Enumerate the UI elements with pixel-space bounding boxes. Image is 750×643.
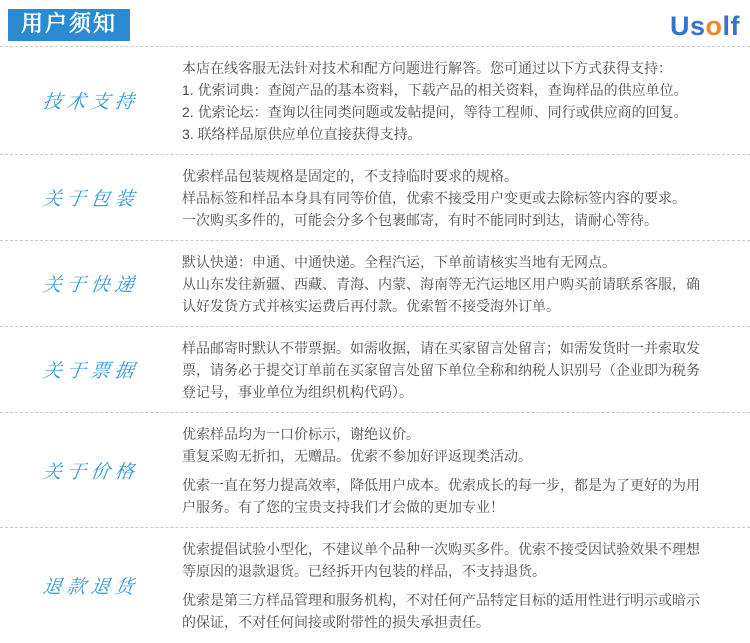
- user-notice-page: 用户须知 Usolf 技术支持 本店在线客服无法针对技术和配方问题进行解答。您可…: [0, 0, 750, 643]
- section-label-col: 关于快递: [0, 241, 182, 326]
- section-title: 关于包装: [41, 184, 141, 211]
- notice-line: 优索样品包装规格是固定的，不支持临时要求的规格。: [182, 165, 702, 187]
- notice-line: 默认快递：申通、中通快递。全程汽运，下单前请核实当地有无网点。: [182, 251, 702, 273]
- section-content: 优索样品均为一口价标示，谢绝议价。 重复采购无折扣，无赠品。优索不参加好评返现类…: [182, 413, 750, 527]
- section-title: 关于快递: [41, 270, 141, 297]
- section-label-col: 技术支持: [0, 47, 182, 154]
- notice-line: 样品邮寄时默认不带票据。如需收据，请在买家留言处留言；如需发货时一并索取发票，请…: [182, 337, 702, 403]
- section-label-col: 关于票据: [0, 327, 182, 412]
- section-label-col: 关于包装: [0, 155, 182, 240]
- section-label-col: 关于价格: [0, 413, 182, 527]
- notice-line: 优索样品均为一口价标示，谢绝议价。: [182, 423, 702, 445]
- page-header: 用户须知 Usolf: [0, 0, 750, 47]
- notice-line: 样品标签和样品本身具有同等价值，优索不接受用户变更或去除标签内容的要求。: [182, 187, 702, 209]
- notice-line: 1. 优索词典：查阅产品的基本资料，下载产品的相关资料，查询样品的供应单位。: [182, 79, 702, 101]
- section-content: 默认快递：申通、中通快递。全程汽运，下单前请核实当地有无网点。 从山东发往新疆、…: [182, 241, 750, 326]
- notice-line: 优索提倡试验小型化，不建议单个品种一次购买多件。优索不接受因试验效果不理想等原因…: [182, 538, 702, 582]
- section-shipping: 关于快递 默认快递：申通、中通快递。全程汽运，下单前请核实当地有无网点。 从山东…: [0, 241, 750, 327]
- notice-line: 优索一直在努力提高效率，降低用户成本。优索成长的每一步，都是为了更好的为用户服务…: [182, 474, 702, 518]
- notice-line: 重复采购无折扣，无赠品。优索不参加好评返现类活动。: [182, 445, 702, 467]
- section-title: 退款退货: [41, 572, 141, 599]
- section-tech-support: 技术支持 本店在线客服无法针对技术和配方问题进行解答。您可通过以下方式获得支持：…: [0, 47, 750, 155]
- section-content: 本店在线客服无法针对技术和配方问题进行解答。您可通过以下方式获得支持： 1. 优…: [182, 47, 750, 154]
- section-label-col: 退款退货: [0, 528, 182, 642]
- logo-text-us: Us: [670, 11, 706, 41]
- section-content: 优索样品包装规格是固定的，不支持临时要求的规格。 样品标签和样品本身具有同等价值…: [182, 155, 750, 240]
- section-content: 优索提倡试验小型化，不建议单个品种一次购买多件。优索不接受因试验效果不理想等原因…: [182, 528, 750, 642]
- brand-logo: Usolf: [670, 13, 740, 40]
- notice-line: 3. 联络样品原供应单位直接获得支持。: [182, 123, 702, 145]
- section-pricing: 关于价格 优索样品均为一口价标示，谢绝议价。 重复采购无折扣，无赠品。优索不参加…: [0, 413, 750, 528]
- section-title: 关于票据: [41, 356, 141, 383]
- section-title: 关于价格: [41, 457, 141, 484]
- notice-line: 2. 优索论坛：查询以往同类问题或发帖提问，等待工程师、同行或供应商的回复。: [182, 101, 702, 123]
- section-invoice: 关于票据 样品邮寄时默认不带票据。如需收据，请在买家留言处留言；如需发货时一并索…: [0, 327, 750, 413]
- section-title: 技术支持: [41, 87, 141, 114]
- page-title: 用户须知: [8, 9, 130, 41]
- logo-text-lf: lf: [723, 11, 741, 41]
- section-packaging: 关于包装 优索样品包装规格是固定的，不支持临时要求的规格。 样品标签和样品本身具…: [0, 155, 750, 241]
- section-refund-return: 退款退货 优索提倡试验小型化，不建议单个品种一次购买多件。优索不接受因试验效果不…: [0, 528, 750, 642]
- notice-line: 本店在线客服无法针对技术和配方问题进行解答。您可通过以下方式获得支持：: [182, 57, 702, 79]
- notice-line: 从山东发往新疆、西藏、青海、内蒙、海南等无汽运地区用户购买前请联系客服，确认好发…: [182, 273, 702, 317]
- section-content: 样品邮寄时默认不带票据。如需收据，请在买家留言处留言；如需发货时一并索取发票，请…: [182, 327, 750, 412]
- notice-line: 一次购买多件的，可能会分多个包裹邮寄，有时不能同时到达，请耐心等待。: [182, 209, 702, 231]
- logo-text-o: o: [706, 11, 723, 41]
- notice-line: 优索是第三方样品管理和服务机构，不对任何产品特定目标的适用性进行明示或暗示的保证…: [182, 589, 702, 633]
